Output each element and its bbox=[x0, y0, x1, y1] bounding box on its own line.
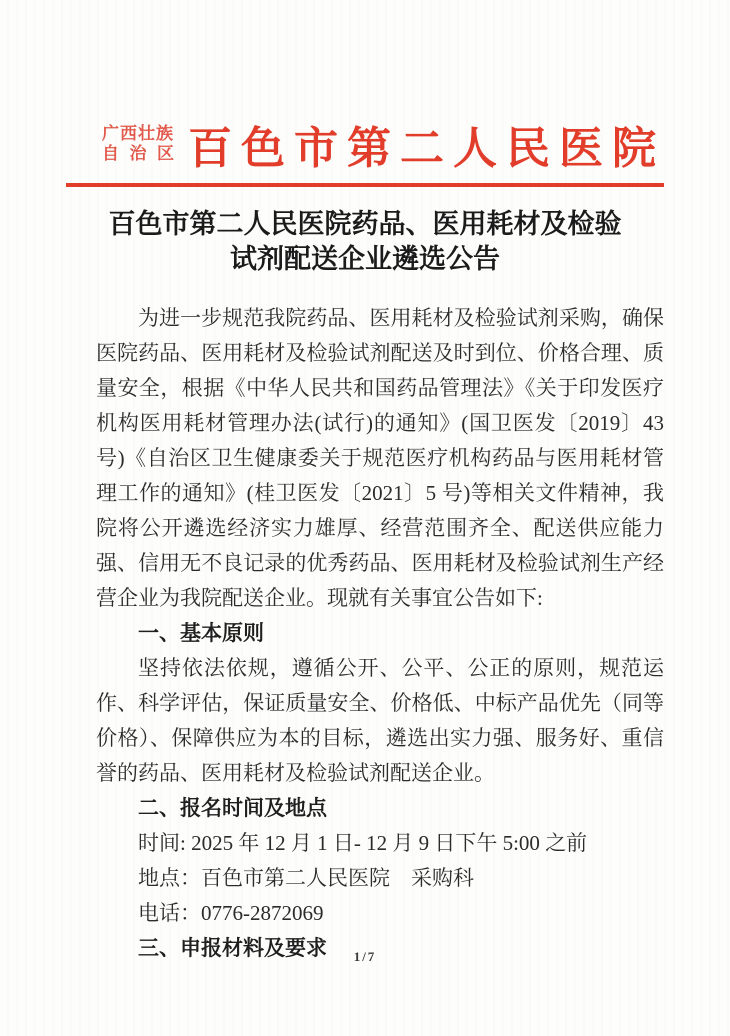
agency-name-line2: 自治区 bbox=[102, 144, 174, 164]
red-divider-rule bbox=[66, 183, 664, 187]
masthead: 广西壮族 自治区 百色市第二人民医院 bbox=[66, 112, 664, 176]
section1-heading: 一、基本原则 bbox=[96, 616, 664, 651]
announcement-title-line2: 试剂配送企业遴选公告 bbox=[230, 244, 500, 274]
announcement-title-line1: 百色市第二人民医院药品、医用耗材及检验 bbox=[109, 209, 622, 239]
document-page: 广西壮族 自治区 百色市第二人民医院 百色市第二人民医院药品、医用耗材及检验 试… bbox=[0, 0, 730, 1036]
registration-location-line: 地点：百色市第二人民医院 采购科 bbox=[96, 861, 664, 896]
section2-heading: 二、报名时间及地点 bbox=[96, 791, 664, 826]
registration-phone-line: 电话：0776-2872069 bbox=[96, 896, 664, 931]
document-body: 为进一步规范我院药品、医用耗材及检验试剂采购，确保医院药品、医用耗材及检验试剂配… bbox=[66, 301, 664, 966]
page-number: 1/7 bbox=[0, 949, 730, 965]
section1-paragraph: 坚持依法依规，遵循公开、公平、公正的原则，规范运作、科学评估，保证质量安全、价格… bbox=[96, 651, 664, 791]
hospital-name: 百色市第二人民医院 bbox=[188, 112, 665, 176]
registration-time-line: 时间: 2025 年 12 月 1 日- 12 月 9 日下午 5:00 之前 bbox=[96, 826, 664, 861]
agency-name: 广西壮族 自治区 bbox=[102, 124, 174, 164]
agency-name-line1: 广西壮族 bbox=[102, 124, 174, 144]
intro-paragraph: 为进一步规范我院药品、医用耗材及检验试剂采购，确保医院药品、医用耗材及检验试剂配… bbox=[96, 301, 664, 616]
announcement-title: 百色市第二人民医院药品、医用耗材及检验 试剂配送企业遴选公告 bbox=[76, 207, 654, 277]
letterhead: 广西壮族 自治区 百色市第二人民医院 bbox=[66, 112, 664, 187]
